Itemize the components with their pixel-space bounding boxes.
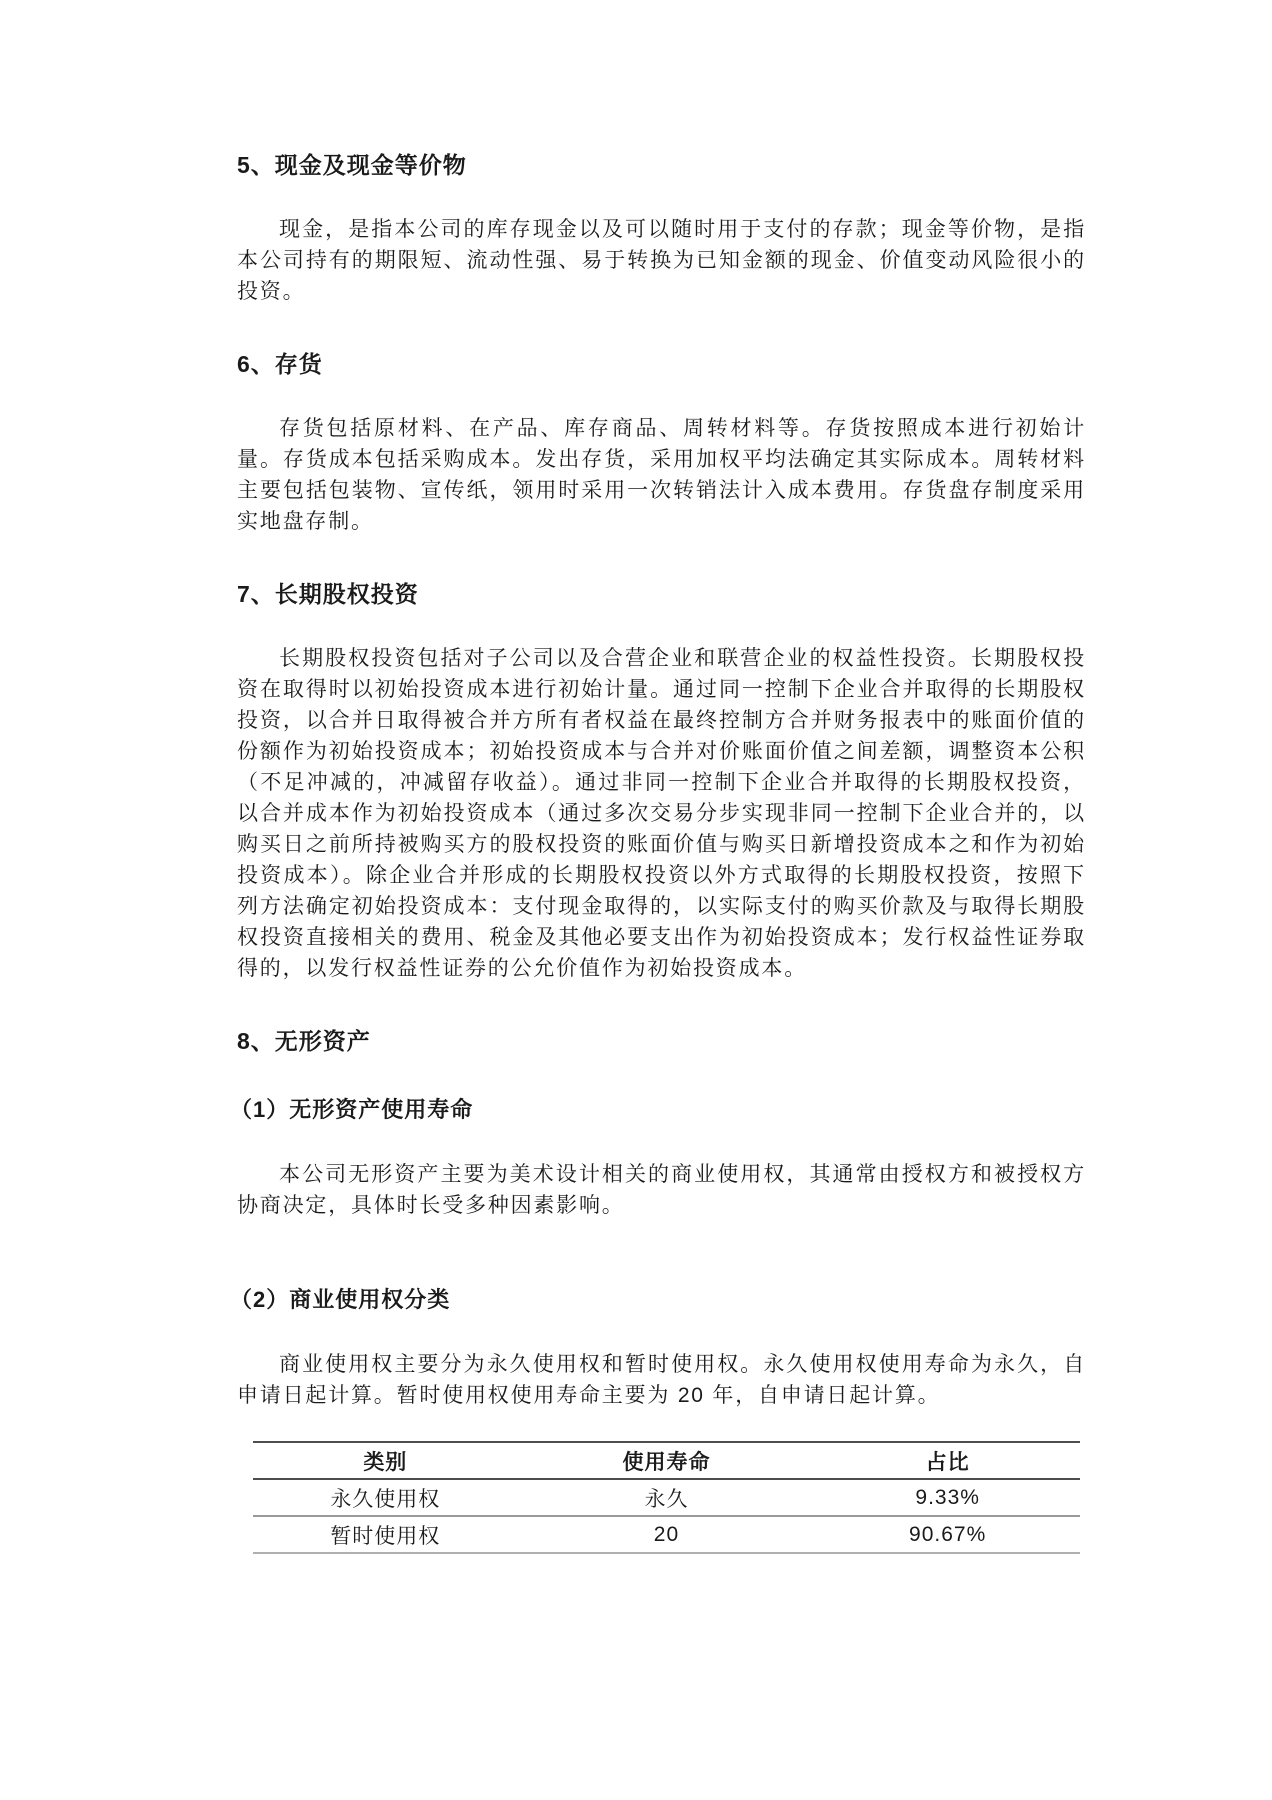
section-inventory: 6、存货 存货包括原材料、在产品、库存商品、周转材料等。存货按照成本进行初始计量… <box>237 349 1086 537</box>
section-7-paragraph: 长期股权投资包括对子公司以及合营企业和联营企业的权益性投资。长期股权投资在取得时… <box>237 643 1086 984</box>
section-5-paragraph: 现金，是指本公司的库存现金以及可以随时用于支付的存款；现金等价物，是指本公司持有… <box>237 214 1086 307</box>
table-header-category: 类别 <box>253 1442 518 1479</box>
subsection-8-1-paragraph: 本公司无形资产主要为美术设计相关的商业使用权，其通常由授权方和被授权方协商决定，… <box>237 1159 1086 1221</box>
subsection-commercial-usage-right-classification: （2）商业使用权分类 商业使用权主要分为永久使用权和暂时使用权。永久使用权使用寿… <box>237 1285 1086 1554</box>
section-cash-and-equivalents: 5、现金及现金等价物 现金，是指本公司的库存现金以及可以随时用于支付的存款；现金… <box>237 150 1086 307</box>
subsection-intangible-asset-useful-life: （1）无形资产使用寿命 本公司无形资产主要为美术设计相关的商业使用权，其通常由授… <box>237 1095 1086 1221</box>
table-cell-category: 暂时使用权 <box>253 1516 518 1553</box>
table-header-useful-life: 使用寿命 <box>518 1442 816 1479</box>
section-5-heading: 5、现金及现金等价物 <box>237 150 1086 180</box>
table-cell-useful-life: 20 <box>518 1516 816 1553</box>
usage-right-table: 类别 使用寿命 占比 永久使用权 永久 9.33% 暂时使用权 <box>253 1441 1080 1554</box>
table-header-row: 类别 使用寿命 占比 <box>253 1442 1080 1479</box>
document-page: 5、现金及现金等价物 现金，是指本公司的库存现金以及可以随时用于支付的存款；现金… <box>0 0 1272 1800</box>
section-8-heading: 8、无形资产 <box>237 1026 1086 1056</box>
table-cell-category: 永久使用权 <box>253 1479 518 1516</box>
table-cell-useful-life: 永久 <box>518 1479 816 1516</box>
table-row: 暂时使用权 20 90.67% <box>253 1516 1080 1553</box>
table-cell-share: 90.67% <box>815 1516 1080 1553</box>
section-intangible-assets: 8、无形资产 （1）无形资产使用寿命 本公司无形资产主要为美术设计相关的商业使用… <box>237 1026 1086 1554</box>
document-content: 5、现金及现金等价物 现金，是指本公司的库存现金以及可以随时用于支付的存款；现金… <box>0 0 1272 1554</box>
table-header-share: 占比 <box>815 1442 1080 1479</box>
section-6-paragraph: 存货包括原材料、在产品、库存商品、周转材料等。存货按照成本进行初始计量。存货成本… <box>237 413 1086 537</box>
section-6-heading: 6、存货 <box>237 349 1086 379</box>
section-7-heading: 7、长期股权投资 <box>237 579 1086 609</box>
subsection-8-1-heading: （1）无形资产使用寿命 <box>230 1095 1086 1125</box>
subsection-8-2-heading: （2）商业使用权分类 <box>230 1285 1086 1315</box>
table-row: 永久使用权 永久 9.33% <box>253 1479 1080 1516</box>
subsection-8-2-paragraph: 商业使用权主要分为永久使用权和暂时使用权。永久使用权使用寿命为永久，自申请日起计… <box>237 1349 1086 1411</box>
table-cell-share: 9.33% <box>815 1479 1080 1516</box>
section-long-term-equity-investment: 7、长期股权投资 长期股权投资包括对子公司以及合营企业和联营企业的权益性投资。长… <box>237 579 1086 984</box>
